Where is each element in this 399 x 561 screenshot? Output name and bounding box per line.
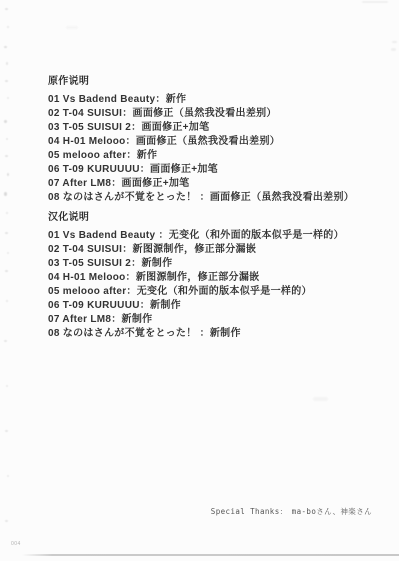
scan-artifact <box>313 397 328 401</box>
scan-artifact <box>5 520 8 522</box>
original-notes-heading: 原作说明 <box>48 75 354 89</box>
localization-notes-heading: 汉化说明 <box>48 211 344 225</box>
note-line: 05 melooo after：无变化（和外面的版本似乎是一样的） <box>48 285 344 299</box>
special-thanks-credit: Special Thanks： ma-boさん、神楽さん <box>211 506 372 517</box>
scan-artifact <box>4 340 7 342</box>
note-line: 07 After LM8：画面修正+加笔 <box>48 177 354 191</box>
page-number: 004 <box>11 541 21 547</box>
scan-artifact <box>7 173 9 176</box>
page-bottom-edge <box>22 554 399 556</box>
note-line: 05 melooo after：新作 <box>48 149 354 163</box>
note-line: 08 なのはさんが不覚をとった！ ：画面修正（虽然我没看出差别） <box>48 191 354 205</box>
scan-artifact <box>5 80 8 82</box>
note-line: 03 T-05 SUISUI 2：新制作 <box>48 257 344 271</box>
scan-artifact <box>66 26 78 29</box>
scan-artifact <box>6 385 8 387</box>
scan-artifact <box>5 270 8 272</box>
note-line: 06 T-09 KURUUUU：新制作 <box>48 299 344 313</box>
note-line: 04 H-01 Melooo：画面修正（虽然我没看出差别） <box>48 135 354 149</box>
localization-notes-section: 汉化说明 01 Vs Badend Beauty ：无变化（和外面的版本似乎是一… <box>48 211 344 341</box>
scan-artifact <box>4 120 7 123</box>
scan-artifact <box>5 232 8 234</box>
note-line: 04 H-01 Melooo：新图源制作，修正部分漏嵌 <box>48 271 344 285</box>
scan-artifact <box>6 62 8 65</box>
scan-artifact <box>4 46 7 48</box>
note-line: 02 T-04 SUISUI：画面修正（虽然我没看出差别） <box>48 107 354 121</box>
scan-artifact <box>392 41 397 43</box>
scan-artifact <box>5 155 8 157</box>
note-line: 08 なのはさんが不覚をとった！ ：新制作 <box>48 327 344 341</box>
note-line: 06 T-09 KURUUUU：画面修正+加笔 <box>48 163 354 177</box>
note-line: 01 Vs Badend Beauty：新作 <box>48 93 354 107</box>
scan-artifact <box>5 8 8 10</box>
scan-artifact <box>7 97 9 99</box>
scan-artifact <box>4 192 7 196</box>
original-notes-section: 原作说明 01 Vs Badend Beauty：新作 02 T-04 SUIS… <box>48 75 354 205</box>
note-line: 07 After LM8：新制作 <box>48 313 344 327</box>
note-line: 01 Vs Badend Beauty ：无变化（和外面的版本似乎是一样的） <box>48 229 344 243</box>
scan-artifact <box>7 475 9 477</box>
scan-artifact <box>391 48 396 51</box>
scan-artifact <box>7 252 9 254</box>
scan-artifact <box>6 138 8 140</box>
scan-artifact <box>5 430 8 432</box>
scan-artifact <box>7 26 9 28</box>
scan-artifact <box>6 300 8 302</box>
note-line: 02 T-04 SUISUI：新图源制作，修正部分漏嵌 <box>48 243 344 257</box>
scan-artifact <box>6 212 8 214</box>
note-line: 03 T-05 SUISUI 2：画面修正+加笔 <box>48 121 354 135</box>
scan-artifact <box>362 1 388 3</box>
